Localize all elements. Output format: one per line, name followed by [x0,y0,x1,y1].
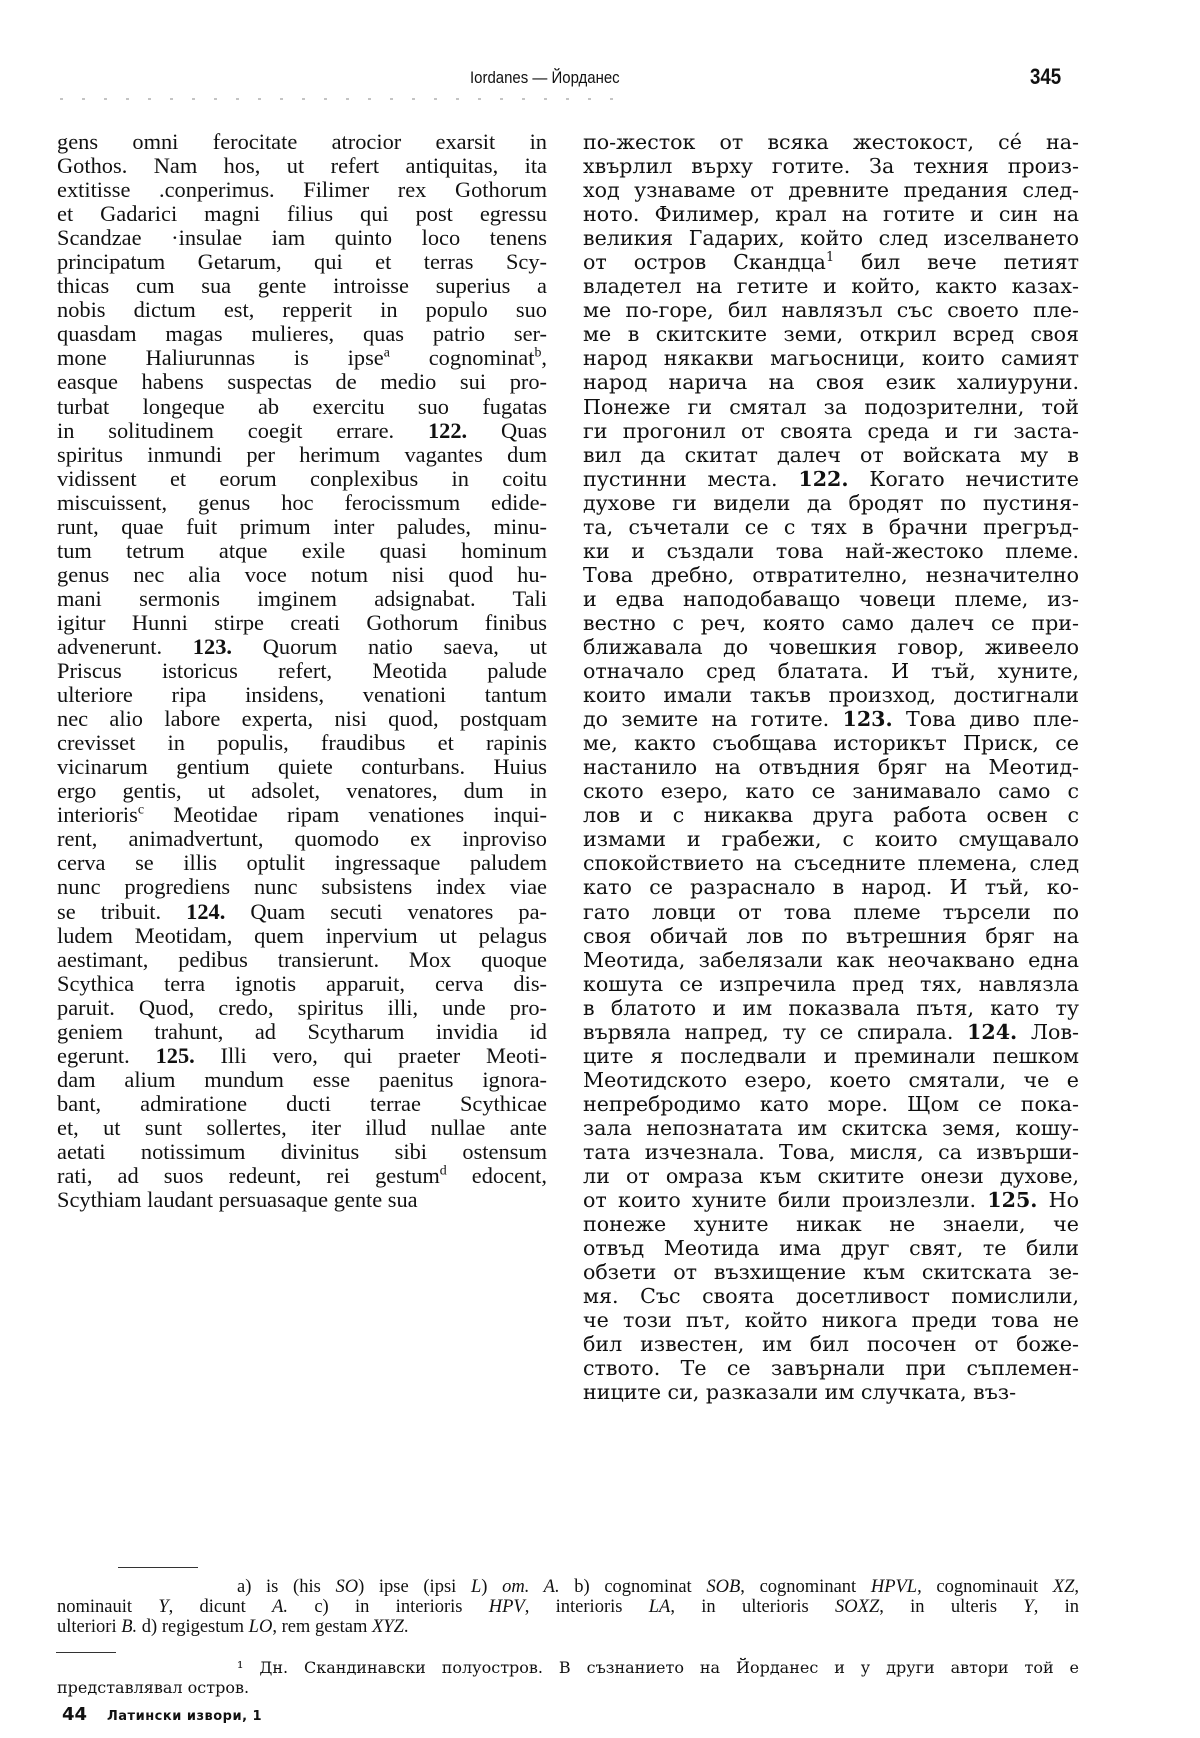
manuscript-siglum: A. [272,1597,288,1617]
text-line: ¹ Дн. Скандинавски полуостров. В съзнани… [57,1658,1079,1678]
page-number: 345 [1030,64,1061,90]
text-line: ход узнаваме от древните предания след- [583,178,1079,202]
text-line: mone Haliurunnas is ipsea cognominatb, [57,346,547,370]
text-line: in solitudinem coegit errare. 122. Quas [57,419,547,443]
text-line: Scythiam laudant persuasaque gente sua [57,1188,547,1212]
scan-artifact-divider [60,98,620,100]
text-line: Gothos. Nam hos, ut refert antiquitas, i… [57,154,547,178]
bulgarian-translation-column: по-жесток от всяка жестокост, се́ на-хвъ… [583,130,1079,1404]
manuscript-siglum: Y [1023,1597,1033,1617]
text-line: runt, quae fuit primum inter paludes, mi… [57,515,547,539]
text-line: miscuissent, genus hoc ferocissmum edide… [57,491,547,515]
text-line: които имали такъв произход, достигнали [583,683,1079,707]
text-line: paruit. Quod, credo, spiritus illi, unde… [57,996,547,1020]
text-line: nominauit Y, dicunt A. c) in interioris … [57,1597,1079,1617]
latin-text-column: gens omni ferocitate atrocior exarsit in… [57,130,547,1212]
text-line: extitisse .conperimus. Filimer rex Gotho… [57,178,547,202]
text-line: ното. Филимер, крал на готите и син на [583,202,1079,226]
text-line: geniem trahunt, ad Scytharum invidia id [57,1020,547,1044]
chapter-number: 124. [967,1020,1017,1044]
text-line: Scandzae ·insulae iam quinto loco tenens [57,226,547,250]
text-line: nec alio labore experta, nisi quod, post… [57,707,547,731]
chapter-number: 124. [186,899,225,924]
text-line: вестно с реч, която само далеч се при- [583,611,1079,635]
running-head: Iordanes — Йорданес 345 [0,68,1200,98]
footnote-marker: c [138,803,144,818]
chapter-number: 122. [798,467,848,491]
footnote-marker: d [440,1164,447,1179]
text-line: от остров Скандца1 бил вече петият [583,250,1079,274]
manuscript-siglum: XYZ [372,1617,404,1637]
text-line: Това дребно, отвратително, незначително [583,563,1079,587]
text-line: easque habens suspectas de medio sui pro… [57,370,547,394]
text-line: et, ut sunt sollertes, iter illud nullae… [57,1116,547,1140]
text-line: a) is (his SO) ipse (ipsi L) om. A. b) c… [57,1577,1079,1597]
text-line: Меотида, забелязали как неочаквано една [583,948,1079,972]
text-line: лов и с никаква друга работа освен с [583,803,1079,827]
text-line: Priscus istoricus refert, Meotida palude [57,659,547,683]
text-line: настанило на отвъдния бряг на Меотид- [583,755,1079,779]
chapter-number: 122. [428,418,467,443]
manuscript-siglum: om. A. [502,1577,560,1597]
text-line: vicinarum gentium quiete conturbans. Hui… [57,755,547,779]
chapter-number: 125. [987,1188,1037,1212]
book-page: Iordanes — Йорданес 345 gens omni feroci… [0,0,1200,1738]
text-line: гато ловци от това племе търсели по [583,900,1079,924]
footnote-marker: a [384,346,390,361]
critical-apparatus-footnotes: a) is (his SO) ipse (ipsi L) om. A. b) c… [57,1577,1079,1637]
text-line: като се разраснало в народ. И тъй, ко- [583,875,1079,899]
signature-text: Латински извори, 1 [107,1709,262,1724]
text-line: principatum Getarum, qui et terras Scy- [57,250,547,274]
text-line: че този път, който никога преди това не [583,1308,1079,1332]
text-line: aestimant, pedibus transierunt. Mox quoq… [57,948,547,972]
manuscript-siglum: Y [158,1597,168,1617]
text-line: ското езеро, като се занимавало само с [583,779,1079,803]
text-line: пустинни места. 122. Когато нечистите [583,467,1079,491]
text-line: до земите на готите. 123. Това диво пле- [583,707,1079,731]
text-line: спокойствието на съседните племена, след [583,851,1079,875]
text-line: mani sermonis imginem adsignabat. Tali [57,587,547,611]
text-line: от които хуните били произлезли. 125. Но [583,1188,1079,1212]
text-line: quasdam magas mulieres, quas patrio ser- [57,322,547,346]
text-line: vidissent et eorum conplexibus in coitu [57,467,547,491]
text-line: народ някакви магьосници, които самият [583,346,1079,370]
text-line: зала непознатата им скитска земя, кошу- [583,1116,1079,1140]
running-title: Iordanes — Йорданес [470,68,620,88]
text-line: ли от омраза към скитите онези духове, [583,1164,1079,1188]
manuscript-siglum: SO [335,1577,358,1597]
text-line: advenerunt. 123. Quorum natio saeva, ut [57,635,547,659]
text-line: кошута се изпречила пред тях, навлязла [583,972,1079,996]
text-line: ги прогонил от своята среда и ги заста- [583,419,1079,443]
manuscript-siglum: HPV [489,1597,525,1617]
translator-footnote-rule [56,1652,116,1653]
manuscript-siglum: B. [121,1617,137,1637]
manuscript-siglum: L [471,1577,481,1597]
manuscript-siglum: SOB [706,1577,740,1597]
text-line: nobis dictum est, repperit in populo suo [57,298,547,322]
text-line: вървяла напред, ту се спирала. 124. Лов- [583,1020,1079,1044]
text-line: та, съчетали се с тях в брачни прегръд- [583,515,1079,539]
text-line: Меотидското езеро, което смятали, че е [583,1068,1079,1092]
text-line: nunc progrediens nunc subsistens index v… [57,875,547,899]
text-line: se tribuit. 124. Quam secuti venatores p… [57,900,547,924]
text-line: измами и грабежи, с които смущавало [583,827,1079,851]
text-line: rati, ad suos redeunt, rei gestumd edoce… [57,1164,547,1188]
text-line: genus nec alia voce notum nisi quod hu- [57,563,547,587]
manuscript-siglum: SOXZ [835,1597,879,1617]
text-line: отвъд Меотида има друг свят, те били [583,1236,1079,1260]
text-line: ки и създали това най-жестоко племе. [583,539,1079,563]
text-line: tum tetrum atque exile quasi hominum [57,539,547,563]
text-line: cerva se illis optulit ingressaque palud… [57,851,547,875]
text-line: своя обичай лов по вътрешния бряг на [583,924,1079,948]
text-line: bant, admiratione ducti terrae Scythicae [57,1092,547,1116]
text-line: turbat longeque ab exercitu suo fugatas [57,395,547,419]
printer-signature-mark: 44 Латински извори, 1 [62,1704,262,1725]
text-line: непребродимо като море. Щом се пока- [583,1092,1079,1116]
apparatus-footnote-rule [118,1567,198,1568]
manuscript-siglum: LO [249,1617,273,1637]
text-line: ството. Те се завърнали при съплемен- [583,1356,1079,1380]
text-line: ближавала до човешкия говор, живеело [583,635,1079,659]
signature-number: 44 [62,1704,87,1725]
text-line: представлявал остров. [57,1678,1079,1698]
text-line: interiorisc Meotidae ripam venationes in… [57,803,547,827]
text-line: отначало сред блатата. И тъй, хуните, [583,659,1079,683]
manuscript-siglum: HPVL [871,1577,917,1597]
text-line: и едва наподобаващо човеци племе, из- [583,587,1079,611]
text-line: великия Гадарих, който след изселването [583,226,1079,250]
manuscript-siglum: LA [649,1597,671,1617]
text-line: ludem Meotidam, quem inpervium ut pelagu… [57,924,547,948]
translator-footnotes: ¹ Дн. Скандинавски полуостров. В съзнани… [57,1658,1079,1698]
text-line: по-жесток от всяка жестокост, се́ на- [583,130,1079,154]
text-line: egerunt. 125. Illi vero, qui praeter Meo… [57,1044,547,1068]
text-line: ниците си, разказали им случката, въз- [583,1380,1079,1404]
chapter-number: 125. [156,1043,195,1068]
footnote-marker: b [534,346,541,361]
manuscript-siglum: XZ [1053,1577,1075,1597]
text-line: Scythica terra ignotis apparuit, cerva d… [57,972,547,996]
chapter-number: 123. [843,707,893,731]
text-line: мя. Със своята досетливост помислили, [583,1284,1079,1308]
text-line: rent, animadvertunt, quomodo ex inprovis… [57,827,547,851]
text-line: thicas cum sua gente introisse superius … [57,274,547,298]
text-line: crevisset in populis, fraudibus et rapin… [57,731,547,755]
text-line: бил известен, им бил посочен от боже- [583,1332,1079,1356]
chapter-number: 123. [193,634,232,659]
text-line: духове ги видели да бродят по пустиня- [583,491,1079,515]
text-line: igitur Hunni stirpe creati Gothorum fini… [57,611,547,635]
text-line: понеже хуните никак не знаели, че [583,1212,1079,1236]
text-line: ergo gentis, ut adsolet, venatores, dum … [57,779,547,803]
text-line: ците я последвали и преминали пешком [583,1044,1079,1068]
text-line: ме по-горе, бил навлязъл със своето пле- [583,298,1079,322]
text-line: народ нарича на своя език халиуруни. [583,370,1079,394]
footnote-marker: 1 [826,250,834,265]
text-line: dam alium mundum esse paenitus ignora- [57,1068,547,1092]
text-line: хвърлил върху готите. За техния произ- [583,154,1079,178]
text-line: ме в скитските земи, открил всред своя [583,322,1079,346]
text-line: в блатото и им показвала пътя, като ту [583,996,1079,1020]
text-line: тата изчезнала. Това, мисля, са извърши- [583,1140,1079,1164]
text-line: aetati notissimum divinitus sibi ostensu… [57,1140,547,1164]
text-line: gens omni ferocitate atrocior exarsit in [57,130,547,154]
text-line: et Gadarici magni filius qui post egress… [57,202,547,226]
text-line: ме, както съобщава историкът Приск, се [583,731,1079,755]
text-line: обзети от възхищение към скитската зе- [583,1260,1079,1284]
text-line: вил да скитат далеч от войската му в [583,443,1079,467]
text-line: spiritus inmundi per herimum vagantes du… [57,443,547,467]
text-line: владетел на гетите и който, както казах- [583,274,1079,298]
text-line: ulteriori B. d) regigestum LO, rem gesta… [57,1617,1079,1637]
text-line: ulteriore ripa insidens, venationi tantu… [57,683,547,707]
text-line: Понеже ги смятал за подозрителни, той [583,395,1079,419]
